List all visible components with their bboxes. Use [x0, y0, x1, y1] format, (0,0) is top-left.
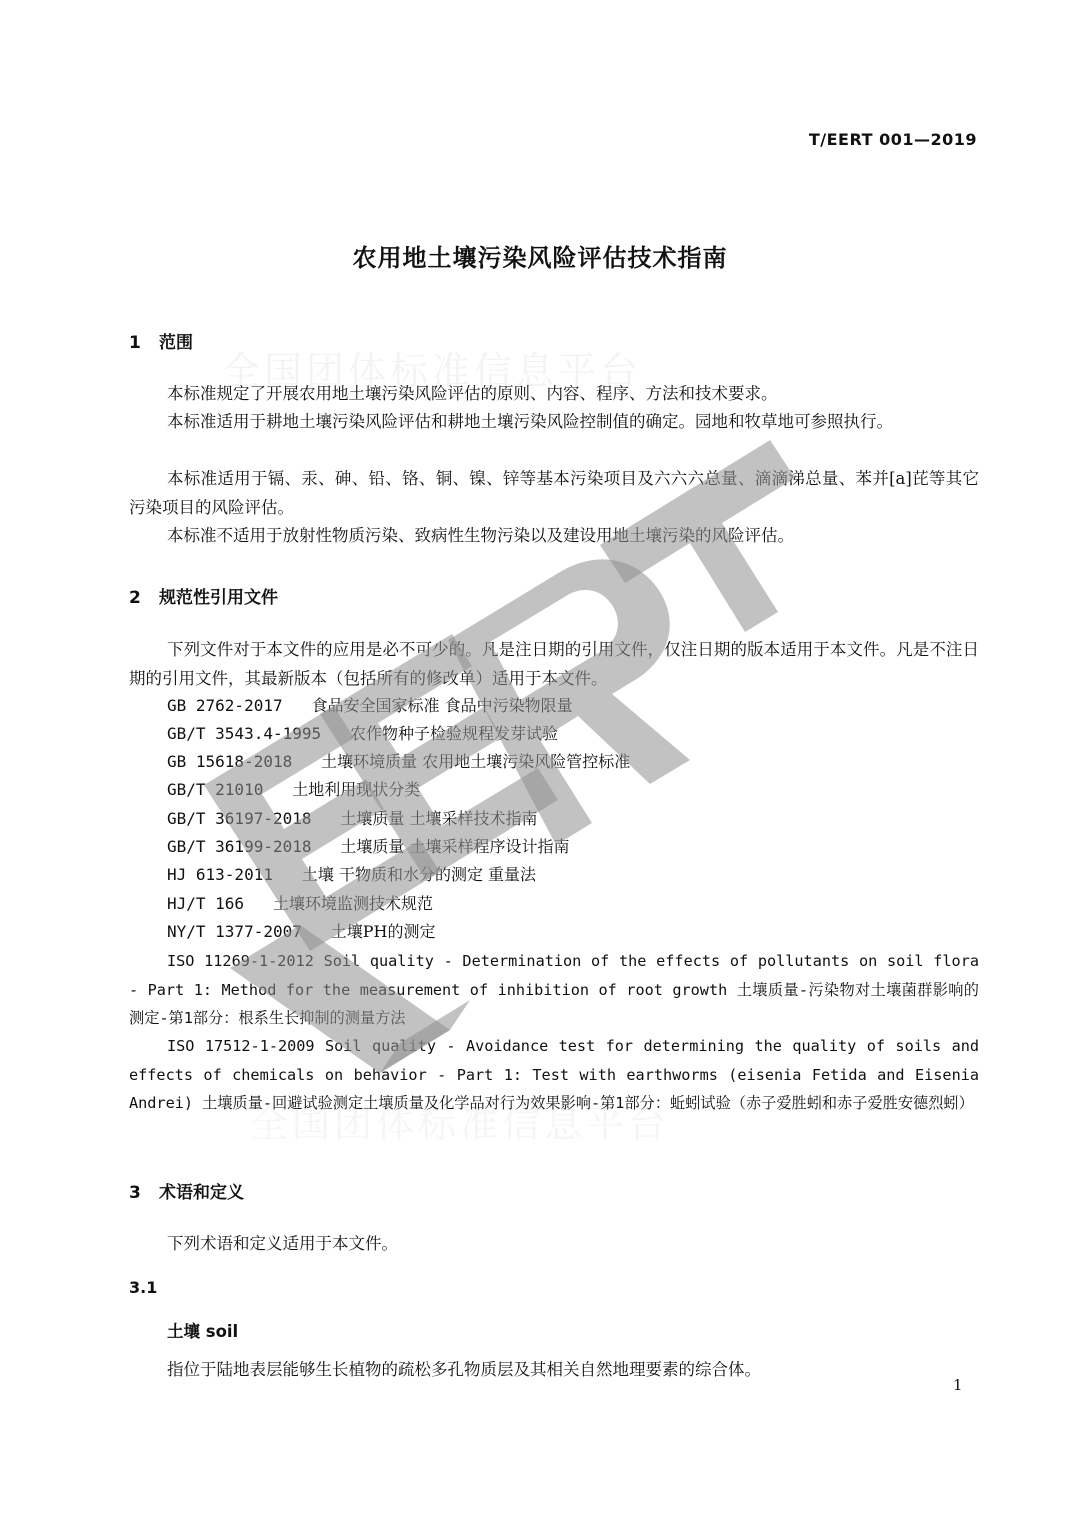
reference-item: HJ 613-2011 土壤 干物质和水分的测定 重量法 [167, 861, 536, 890]
scope-paragraph-1: 本标准规定了开展农用地土壤污染风险评估的原则、内容、程序、方法和技术要求。 [129, 380, 979, 409]
iso-reference-2: ISO 17512-1-2009 Soil quality - Avoidanc… [129, 1032, 979, 1118]
reference-title: 食品安全国家标准 食品中污染物限量 [312, 696, 573, 715]
section-number: 3 [129, 1183, 159, 1203]
reference-item: HJ/T 166 土壤环境监测技术规范 [167, 890, 433, 919]
section-heading-normative-references: 2规范性引用文件 [129, 583, 278, 608]
terms-intro: 下列术语和定义适用于本文件。 [129, 1230, 979, 1259]
section-number: 2 [129, 588, 159, 608]
reference-title: 土地利用现状分类 [292, 780, 420, 799]
reference-title: 农作物种子检验规程发芽试验 [350, 724, 558, 743]
reference-code: HJ 613-2011 [167, 865, 273, 884]
reference-title: 土壤质量 土壤采样技术指南 [340, 809, 537, 828]
reference-title: 土壤环境监测技术规范 [273, 894, 433, 913]
reference-title: 土壤PH的测定 [331, 922, 436, 941]
reference-code: GB/T 3543.4-1995 [167, 724, 321, 743]
scope-paragraph-4: 本标准不适用于放射性物质污染、致病性生物污染以及建设用地土壤污染的风险评估。 [129, 522, 979, 551]
reference-item: GB/T 36197-2018 土壤质量 土壤采样技术指南 [167, 805, 538, 834]
section-heading-terms: 3术语和定义 [129, 1178, 244, 1203]
reference-item: GB 2762-2017 食品安全国家标准 食品中污染物限量 [167, 692, 573, 721]
reference-item: GB/T 3543.4-1995 农作物种子检验规程发芽试验 [167, 720, 558, 749]
document-title: 农用地土壤污染风险评估技术指南 [0, 238, 1080, 273]
references-intro: 下列文件对于本文件的应用是必不可少的。凡是注日期的引用文件，仅注日期的版本适用于… [129, 636, 979, 693]
section-title: 术语和定义 [159, 1183, 244, 1203]
reference-code: GB/T 36197-2018 [167, 809, 312, 828]
reference-code: GB/T 36199-2018 [167, 837, 312, 856]
document-page: 全国团体标准信息平台 全国团体标准信息平台 T/EERT 001—2019 农用… [0, 0, 1080, 1527]
section-title: 规范性引用文件 [159, 588, 278, 608]
term-definition: 指位于陆地表层能够生长植物的疏松多孔物质层及其相关自然地理要素的综合体。 [129, 1356, 979, 1385]
standard-code: T/EERT 001—2019 [809, 130, 977, 149]
reference-code: GB 15618-2018 [167, 752, 292, 771]
scope-paragraph-3: 本标准适用于镉、汞、砷、铅、铬、铜、镍、锌等基本污染项目及六六六总量、滴滴涕总量… [129, 465, 979, 522]
reference-title: 土壤环境质量 农用地土壤污染风险管控标准 [321, 752, 630, 771]
reference-title: 土壤 干物质和水分的测定 重量法 [302, 865, 536, 884]
reference-item: GB/T 21010 土地利用现状分类 [167, 776, 420, 805]
clause-number: 3.1 [129, 1278, 157, 1297]
reference-code: GB/T 21010 [167, 780, 263, 799]
reference-title: 土壤质量 土壤采样程序设计指南 [340, 837, 569, 856]
reference-item: GB 15618-2018 土壤环境质量 农用地土壤污染风险管控标准 [167, 748, 630, 777]
iso-reference-1: ISO 11269-1-2012 Soil quality - Determin… [129, 947, 979, 1033]
reference-code: GB 2762-2017 [167, 696, 283, 715]
section-number: 1 [129, 333, 159, 353]
reference-code: HJ/T 166 [167, 894, 244, 913]
reference-item: GB/T 36199-2018 土壤质量 土壤采样程序设计指南 [167, 833, 570, 862]
term-heading: 土壤 soil [167, 1318, 238, 1342]
section-title: 范围 [159, 333, 193, 353]
scope-paragraph-2: 本标准适用于耕地土壤污染风险评估和耕地土壤污染风险控制值的确定。园地和牧草地可参… [129, 408, 979, 437]
page-number: 1 [953, 1376, 963, 1394]
reference-item: NY/T 1377-2007 土壤PH的测定 [167, 918, 436, 947]
reference-code: NY/T 1377-2007 [167, 922, 302, 941]
section-heading-scope: 1范围 [129, 328, 193, 353]
